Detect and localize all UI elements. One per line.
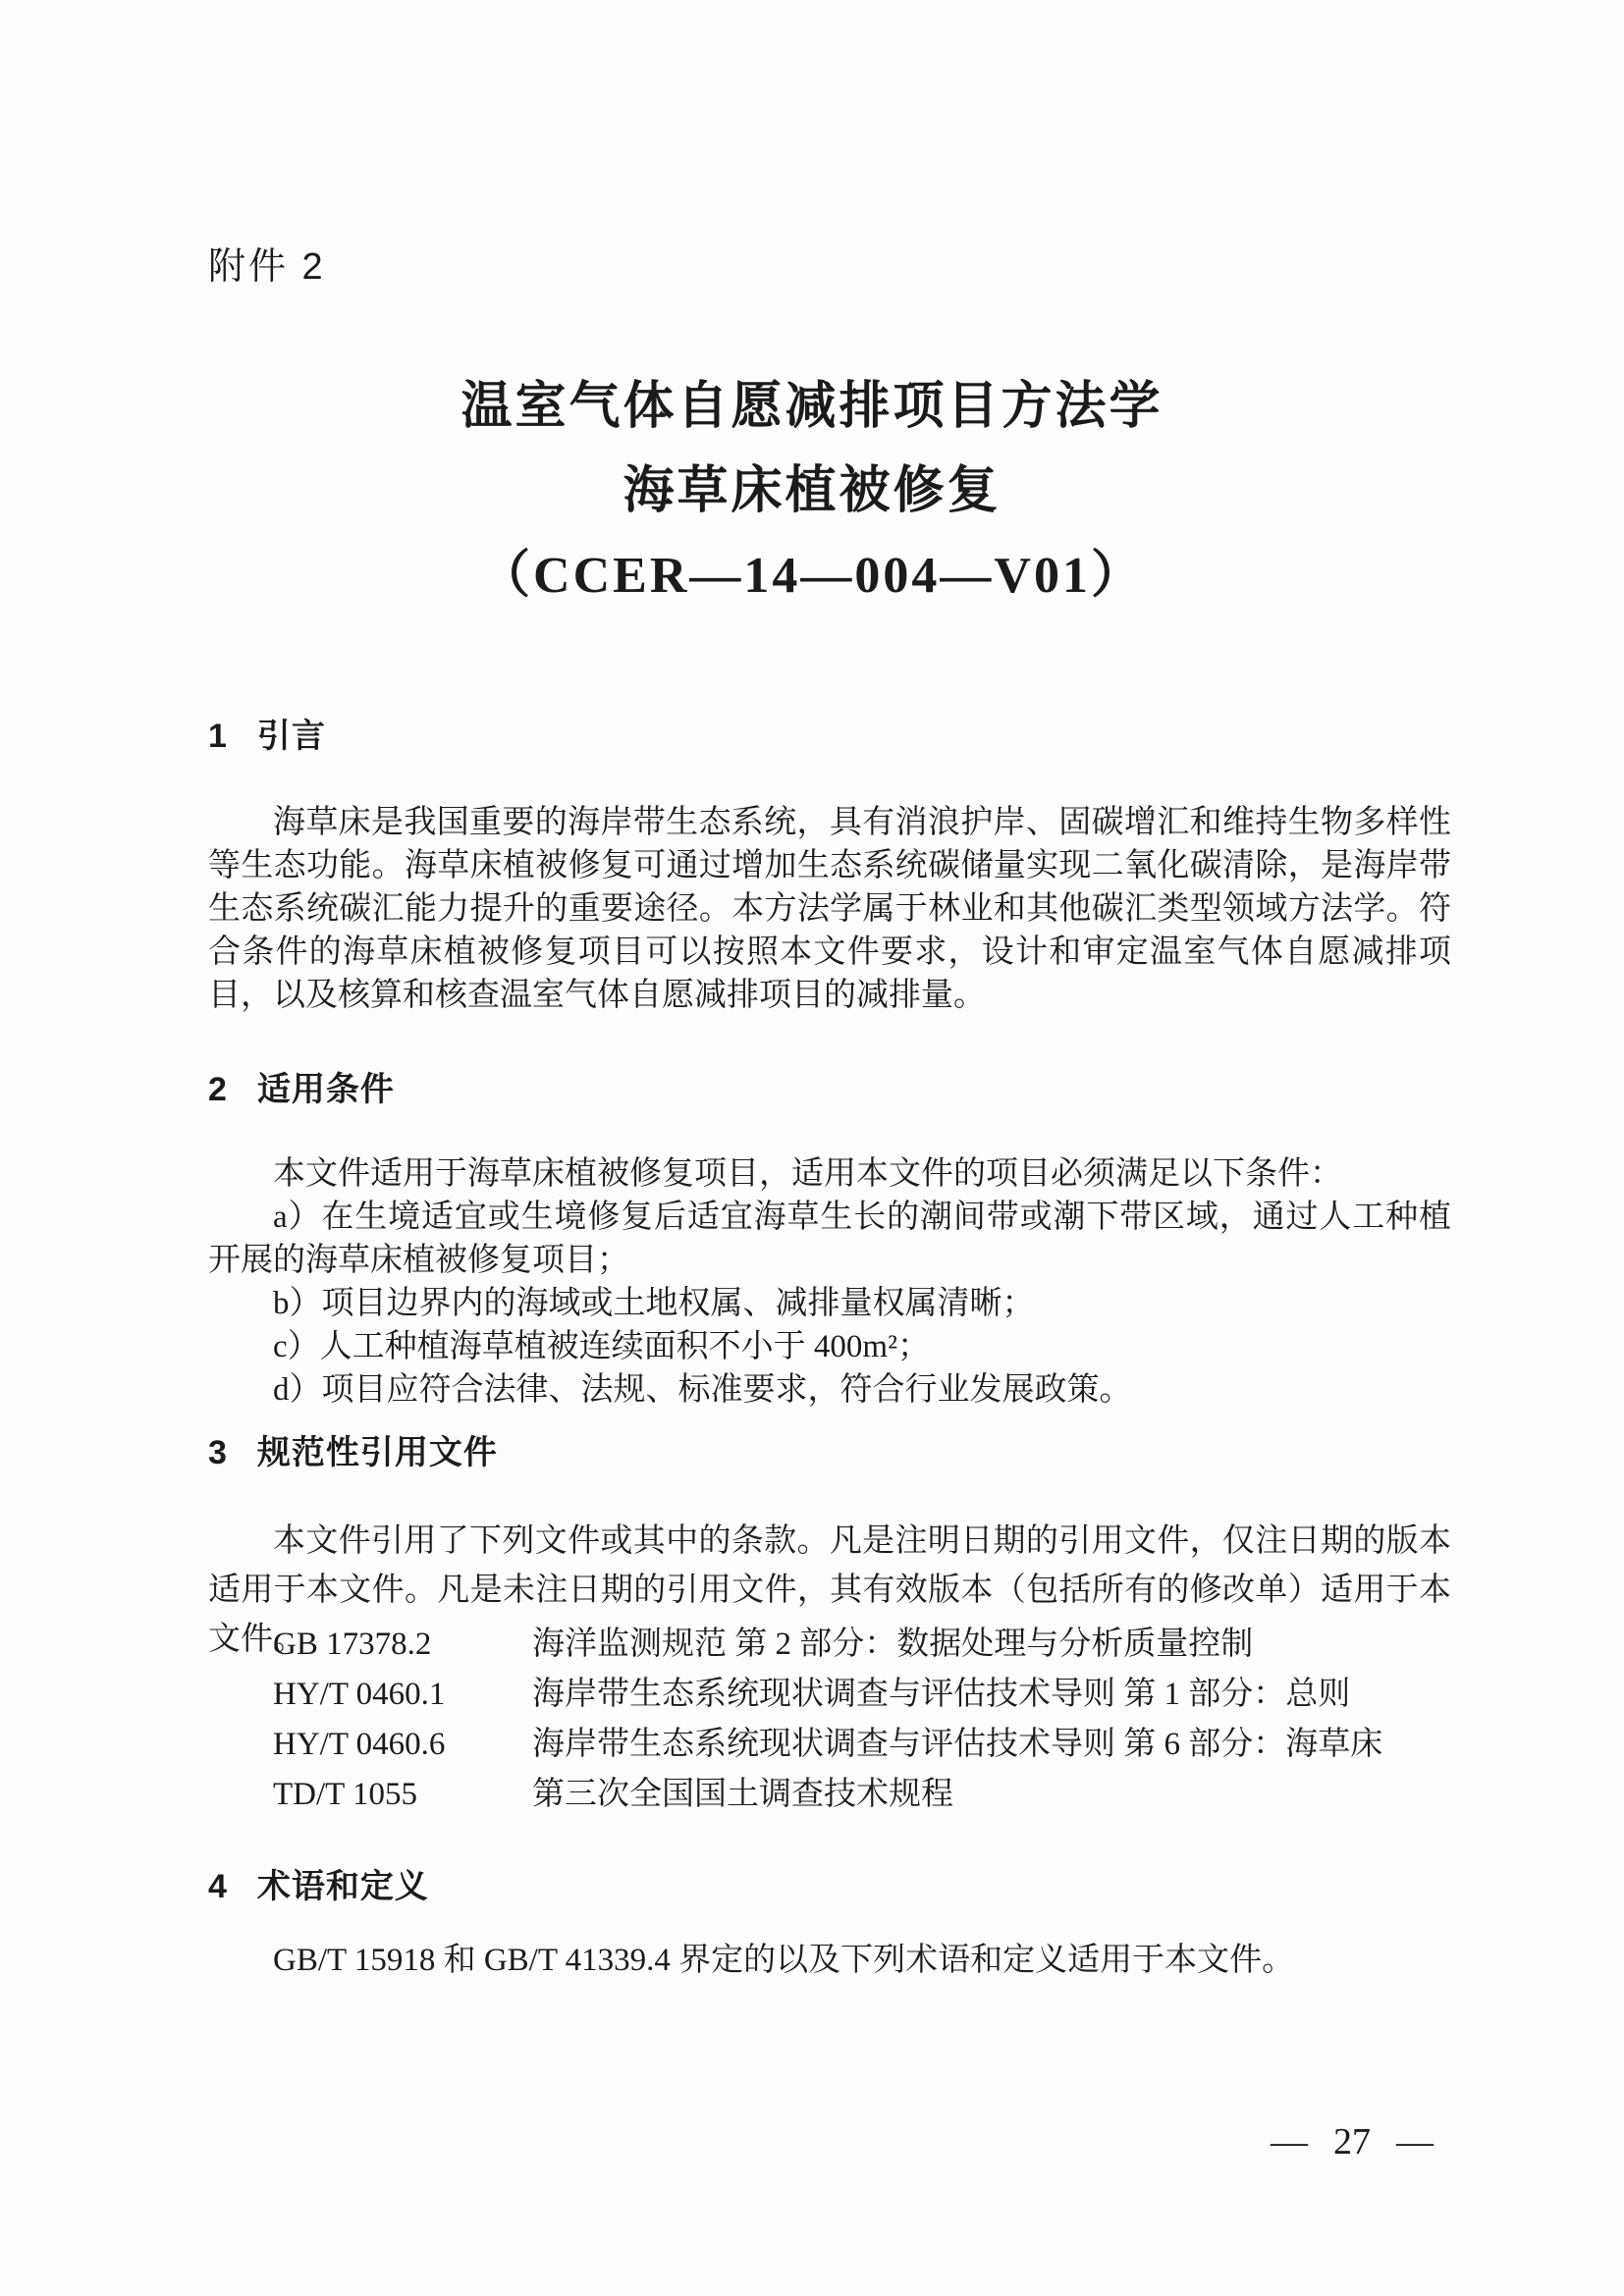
section-3-title: 规范性引用文件 [257,1434,498,1471]
section-2-intro: 本文件适用于海草床植被修复项目，适用本文件的项目必须满足以下条件： [208,1152,1451,1196]
section-1-paragraph: 海草床是我国重要的海岸带生态系统，具有消浪护岸、固碳增汇和维持生物多样性等生态功… [208,801,1451,1017]
title-line-subject: 海草床植被修复 [0,450,1624,534]
footer-right-dash: — [1396,2120,1434,2163]
page-footer: — 27 — [1271,2120,1434,2163]
title-line-methodology: 温室气体自愿减排项目方法学 [0,365,1624,450]
condition-item-b: b）项目边界内的海域或土地权属、减排量权属清晰； [208,1282,1451,1325]
document-page: 附件 2 温室气体自愿减排项目方法学 海草床植被修复 （CCER—14—004—… [0,0,1624,2296]
reference-row: HY/T 0460.6 海岸带生态系统现状调查与评估技术导则 第 6 部分：海草… [208,1720,1451,1770]
page-number: 27 [1333,2120,1371,2163]
section-1-heading: 1引言 [208,713,326,760]
document-title: 温室气体自愿减排项目方法学 海草床植被修复 （CCER—14—004—V01） [0,365,1624,618]
reference-id: HY/T 0460.6 [273,1720,532,1770]
attachment-label: 附件 2 [208,236,326,290]
section-1-body: 海草床是我国重要的海岸带生态系统，具有消浪护岸、固碳增汇和维持生物多样性等生态功… [208,801,1451,1017]
reference-id: TD/T 1055 [273,1770,532,1820]
reference-title: 海岸带生态系统现状调查与评估技术导则 第 6 部分：海草床 [532,1720,1451,1770]
reference-row: GB 17378.2 海洋监测规范 第 2 部分：数据处理与分析质量控制 [208,1620,1451,1670]
section-4-title: 术语和定义 [257,1868,429,1905]
title-line-code: （CCER—14—004—V01） [0,534,1624,618]
section-2-body: 本文件适用于海草床植被修复项目，适用本文件的项目必须满足以下条件： a）在生境适… [208,1152,1451,1412]
reference-id: HY/T 0460.1 [273,1670,532,1720]
reference-id: GB 17378.2 [273,1620,532,1670]
section-2-heading: 2适用条件 [208,1066,395,1113]
section-4-heading: 4术语和定义 [208,1863,429,1910]
reference-row: TD/T 1055 第三次全国国土调查技术规程 [208,1770,1451,1820]
section-4-number: 4 [208,1868,228,1905]
section-3-heading: 3规范性引用文件 [208,1429,498,1476]
normative-references-list: GB 17378.2 海洋监测规范 第 2 部分：数据处理与分析质量控制 HY/… [208,1620,1451,1820]
section-4-paragraph: GB/T 15918 和 GB/T 41339.4 界定的以及下列术语和定义适用… [208,1939,1451,1982]
footer-left-dash: — [1271,2120,1308,2163]
section-3-number: 3 [208,1434,228,1471]
section-1-title: 引言 [257,718,326,755]
section-4-body: GB/T 15918 和 GB/T 41339.4 界定的以及下列术语和定义适用… [208,1939,1451,1982]
reference-title: 第三次全国国土调查技术规程 [532,1770,1451,1820]
section-2-number: 2 [208,1071,228,1108]
condition-item-d: d）项目应符合法律、法规、标准要求，符合行业发展政策。 [208,1368,1451,1412]
condition-item-a: a）在生境适宜或生境修复后适宜海草生长的潮间带或潮下带区域，通过人工种植开展的海… [208,1196,1451,1282]
section-2-title: 适用条件 [257,1071,395,1108]
reference-row: HY/T 0460.1 海岸带生态系统现状调查与评估技术导则 第 1 部分：总则 [208,1670,1451,1720]
reference-title: 海岸带生态系统现状调查与评估技术导则 第 1 部分：总则 [532,1670,1451,1720]
section-1-number: 1 [208,718,228,755]
condition-item-c: c）人工种植海草植被连续面积不小于 400m²； [208,1325,1451,1368]
reference-title: 海洋监测规范 第 2 部分：数据处理与分析质量控制 [532,1620,1451,1670]
